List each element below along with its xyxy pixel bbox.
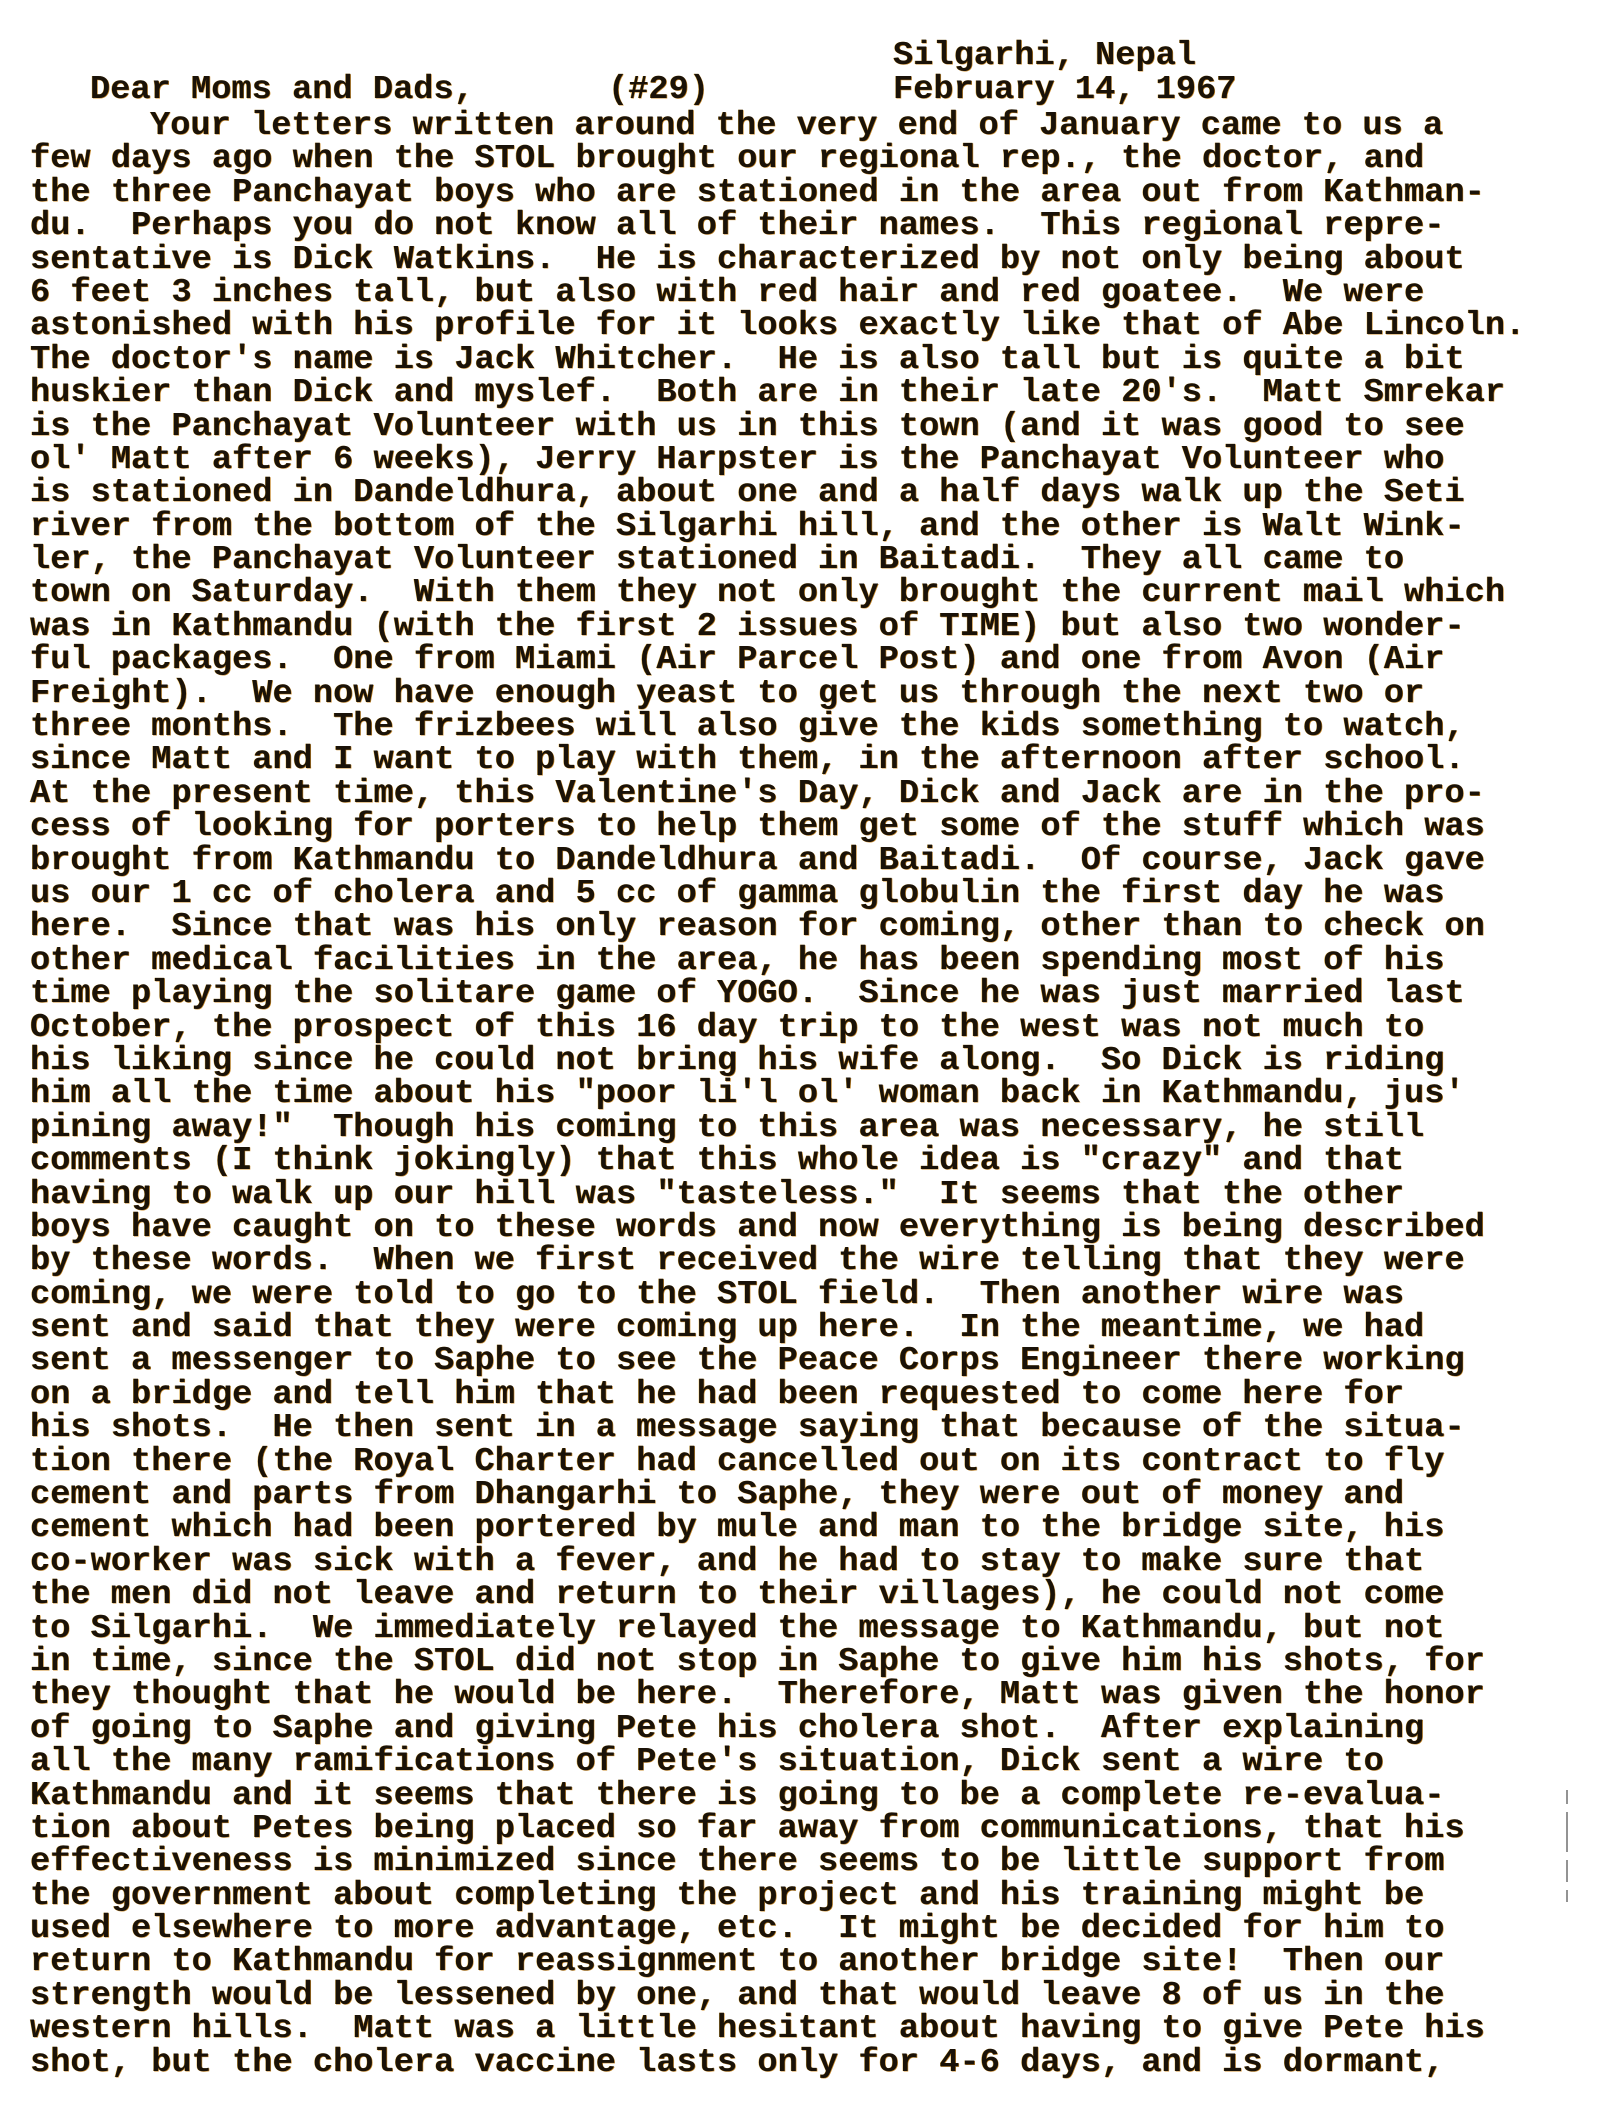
letter-line: sent a messenger to Saphe to see the Pea… (30, 1345, 1530, 1378)
letter-line: used elsewhere to more advantage, etc. I… (30, 1913, 1530, 1946)
letter-line: his shots. He then sent in a message say… (30, 1412, 1530, 1445)
letter-line: cement and parts from Dhangarhi to Saphe… (30, 1479, 1530, 1512)
letter-line: tion there (the Royal Charter had cancel… (30, 1446, 1530, 1479)
letter-line: was in Kathmandu (with the first 2 issue… (30, 611, 1530, 644)
letter-line: astonished with his profile for it looks… (30, 310, 1530, 343)
letter-line: all the many ramifications of Pete's sit… (30, 1746, 1530, 1779)
letter-line: is the Panchayat Volunteer with us in th… (30, 411, 1530, 444)
letter-line: comments (I think jokingly) that this wh… (30, 1145, 1530, 1178)
letter-line: since Matt and I want to play with them,… (30, 744, 1530, 777)
letter-line: the government about completing the proj… (30, 1880, 1530, 1913)
letter-line: on a bridge and tell him that he had bee… (30, 1379, 1530, 1412)
letter-line: October, the prospect of this 16 day tri… (30, 1012, 1530, 1045)
letter-line: cement which had been portered by mule a… (30, 1512, 1530, 1545)
letter-line: us our 1 cc of cholera and 5 cc of gamma… (30, 878, 1530, 911)
letter-line: they thought that he would be here. Ther… (30, 1679, 1530, 1712)
letter-line: 6 feet 3 inches tall, but also with red … (30, 277, 1530, 310)
letter-line: shot, but the cholera vaccine lasts only… (30, 2047, 1530, 2080)
letter-line: in time, since the STOL did not stop in … (30, 1646, 1530, 1679)
letter-line: town on Saturday. With them they not onl… (30, 577, 1530, 610)
letter-line: pining away!" Though his coming to this … (30, 1112, 1530, 1145)
letter-line: the three Panchayat boys who are station… (30, 177, 1530, 210)
letter-salutation: Dear Moms and Dads, (90, 74, 474, 107)
letter-line: cess of looking for porters to help them… (30, 811, 1530, 844)
letter-line: Your letters written around the very end… (30, 110, 1530, 143)
letter-line: boys have caught on to these words and n… (30, 1212, 1530, 1245)
letter-line: of going to Saphe and giving Pete his ch… (30, 1713, 1530, 1746)
letter-line: ol' Matt after 6 weeks), Jerry Harpster … (30, 444, 1530, 477)
letter-line: Freight). We now have enough yeast to ge… (30, 678, 1530, 711)
letter-number: (#29) (608, 74, 709, 107)
letter-line: to Silgarhi. We immediately relayed the … (30, 1613, 1530, 1646)
margin-specks (1566, 1790, 1569, 1940)
letter-line: his liking since he could not bring his … (30, 1045, 1530, 1078)
letter-line: strength would be lessened by one, and t… (30, 1980, 1530, 2013)
letter-place: Silgarhi, Nepal (893, 40, 1196, 73)
letter-date: February 14, 1967 (893, 74, 1237, 107)
letter-line: effectiveness is minimized since there s… (30, 1846, 1530, 1879)
letter-line: western hills. Matt was a little hesitan… (30, 2013, 1530, 2046)
letter-line: co-worker was sick with a fever, and he … (30, 1546, 1530, 1579)
letter-line: other medical facilities in the area, he… (30, 945, 1530, 978)
letter-line: here. Since that was his only reason for… (30, 911, 1530, 944)
letter-line: At the present time, this Valentine's Da… (30, 778, 1530, 811)
letter-line: is stationed in Dandeldhura, about one a… (30, 477, 1530, 510)
letter-line: few days ago when the STOL brought our r… (30, 143, 1530, 176)
letter-line: him all the time about his "poor li'l ol… (30, 1078, 1530, 1111)
letter-line: ler, the Panchayat Volunteer stationed i… (30, 544, 1530, 577)
letter-line: river from the bottom of the Silgarhi hi… (30, 511, 1530, 544)
letter-line: return to Kathmandu for reassignment to … (30, 1946, 1530, 1979)
letter-line: The doctor's name is Jack Whitcher. He i… (30, 344, 1530, 377)
letter-line: tion about Petes being placed so far awa… (30, 1813, 1530, 1846)
letter-line: having to walk up our hill was "tasteles… (30, 1179, 1530, 1212)
letter-line: huskier than Dick and myslef. Both are i… (30, 377, 1530, 410)
letter-line: by these words. When we first received t… (30, 1245, 1530, 1278)
letter-line: time playing the solitare game of YOGO. … (30, 978, 1530, 1011)
letter-line: Kathmandu and it seems that there is goi… (30, 1780, 1530, 1813)
letter-body: Your letters written around the very end… (30, 110, 1530, 2080)
letter-line: three months. The frizbees will also giv… (30, 711, 1530, 744)
letter-line: sentative is Dick Watkins. He is charact… (30, 244, 1530, 277)
letter-line: the men did not leave and return to thei… (30, 1579, 1530, 1612)
letter-line: coming, we were told to go to the STOL f… (30, 1279, 1530, 1312)
letter-line: brought from Kathmandu to Dandeldhura an… (30, 845, 1530, 878)
letter-line: sent and said that they were coming up h… (30, 1312, 1530, 1345)
letter-line: du. Perhaps you do not know all of their… (30, 210, 1530, 243)
letter-line: ful packages. One from Miami (Air Parcel… (30, 644, 1530, 677)
typewritten-letter-page: Silgarhi, Nepal Dear Moms and Dads, (#29… (0, 0, 1607, 2111)
